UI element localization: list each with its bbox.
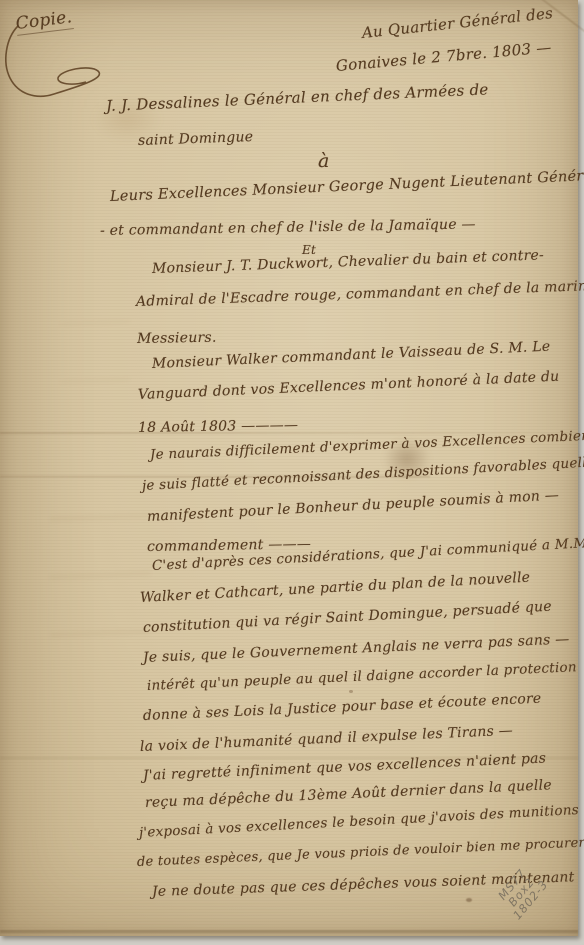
letter-page: Copie. Au Quartier Général des Gonaives … [0,0,578,936]
dateline-place: Au Quartier Général des [361,4,554,42]
body-line: intérêt qu'un peuple au quel il daigne a… [147,659,577,694]
sender-line: saint Domingue [138,129,254,149]
ink-bleedthrough [50,495,150,665]
recipient-line: - et commandant en chef de l'isle de la … [100,216,476,239]
ink-bleedthrough [60,300,130,390]
recipient-line: Leurs Excellences Monsieur George Nugent… [110,168,584,205]
body-line: de toutes espèces, que Je vous priois de… [137,835,584,870]
recipient-line: Monsieur J. T. Duckwort, Chevalier du ba… [152,247,545,277]
body-line: la voix de l'humanité quand il expulse l… [140,723,514,755]
paper-speck [466,898,472,902]
recipient-line: Admiral de l'Escadre rouge, commandant e… [136,278,584,310]
paper-bottom-edge [0,930,578,933]
body-line: Walker et Cathcart, une partie du plan d… [140,570,531,606]
sender-line: J. J. Dessalines le Général en chef des … [106,80,489,115]
paper-speck [349,690,353,693]
salutation-a: à [318,150,330,172]
dateline-date: Gonaives le 2 7bre. 1803 — [335,38,552,75]
body-line: constitution qui va régir Saint Domingue… [143,599,553,636]
body-line: J'ai regretté infiniment que vos excelle… [143,750,547,784]
messieurs-line: Messieurs. [137,330,217,347]
body-line: Je suis, que le Gouvernement Anglais ne … [143,631,570,666]
body-line: donne à ses Lois la Justice pour base et… [143,691,542,724]
body-line: manifestent pour le Bonheur du peuple so… [147,487,560,525]
body-line: 18 Août 1803 ———— [138,417,298,436]
body-line: Vanguard dont vos Excellences m'ont hono… [138,369,560,403]
